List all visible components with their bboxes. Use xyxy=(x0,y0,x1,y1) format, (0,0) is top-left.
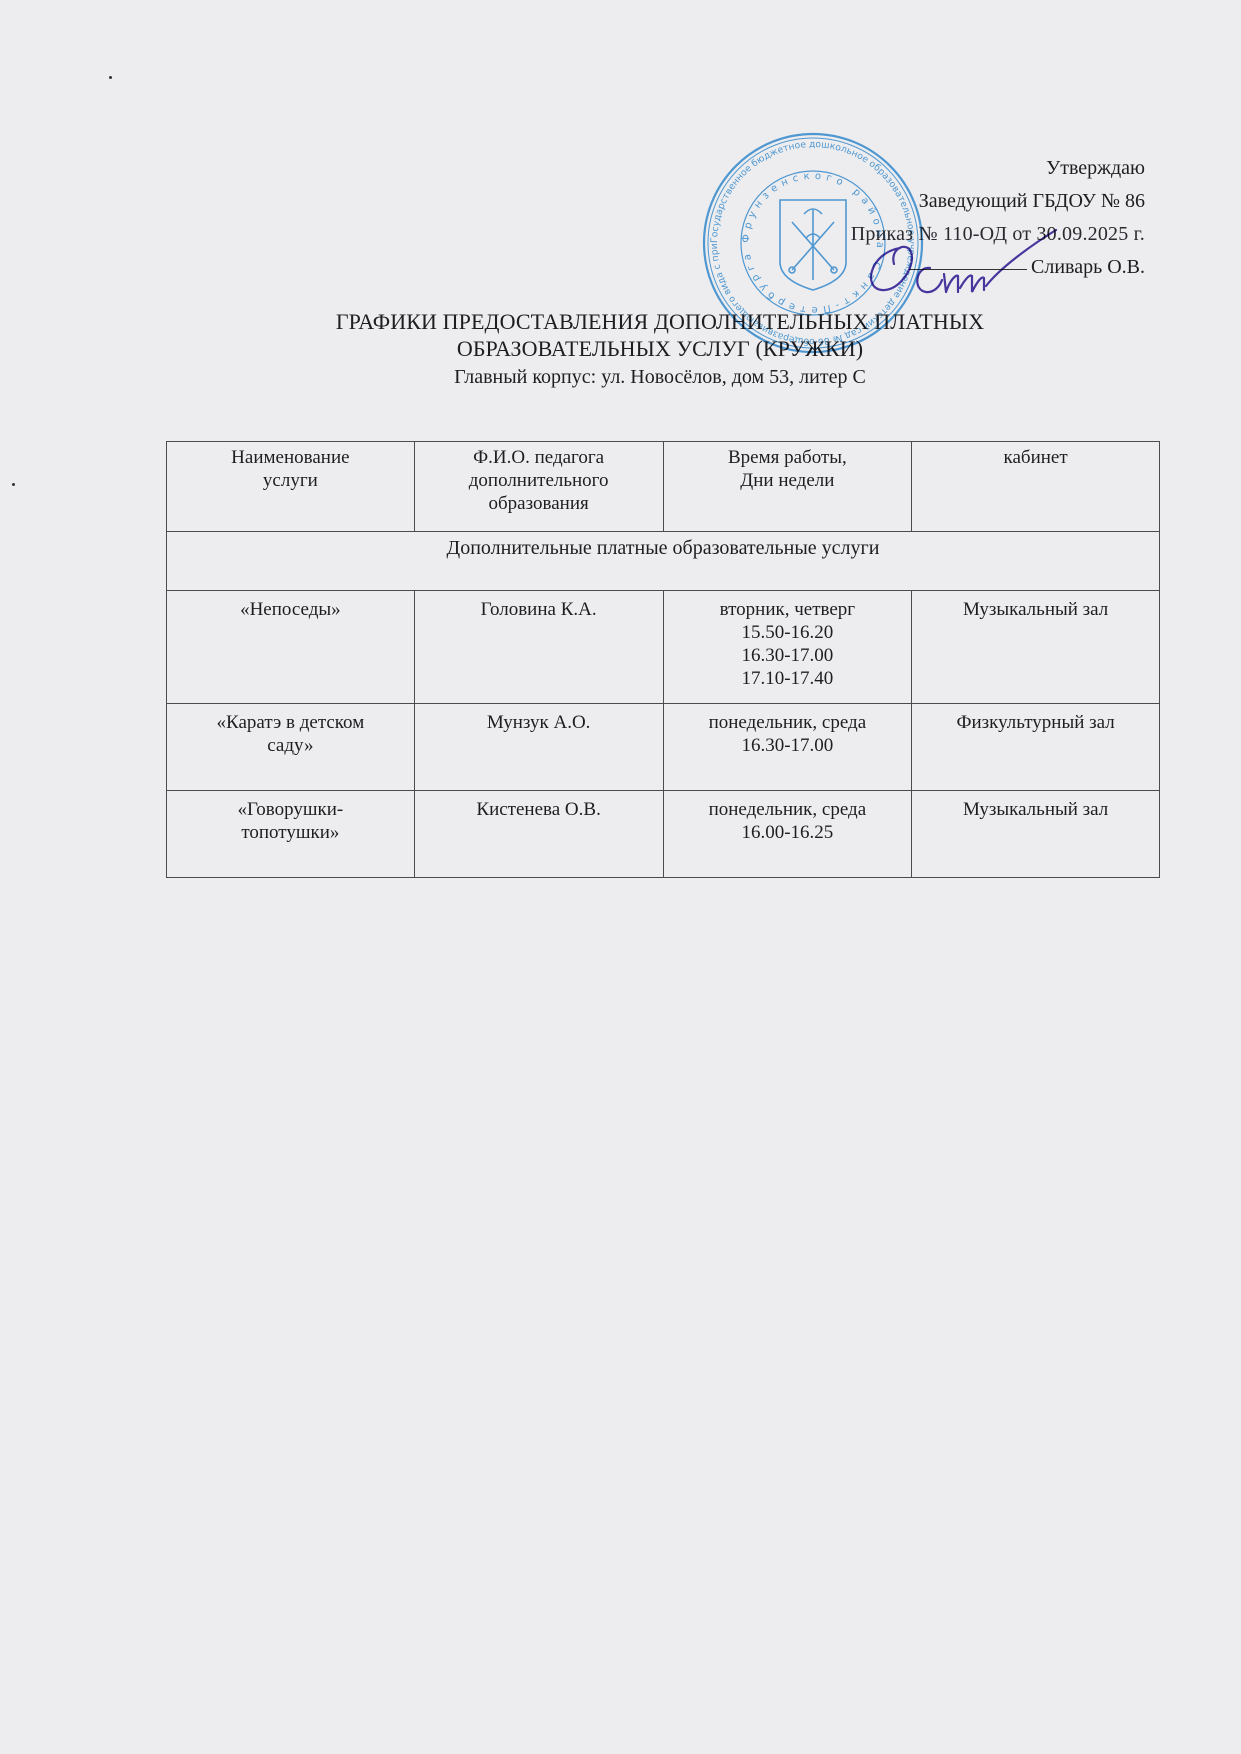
room-name: Музыкальный зал xyxy=(912,591,1160,704)
scan-speck xyxy=(109,76,112,79)
table-row: «Говорушки- топотушки» Кистенева О.В. по… xyxy=(167,791,1160,878)
section-title: Дополнительные платные образовательные у… xyxy=(167,532,1160,591)
service-name: «Говорушки- топотушки» xyxy=(167,791,415,878)
table-header-row: Наименование услуги Ф.И.О. педагога допо… xyxy=(167,442,1160,532)
schedule-cell: понедельник, среда 16.30-17.00 xyxy=(663,704,912,791)
room-name: Музыкальный зал xyxy=(912,791,1160,878)
signature-row: Сливарь О.В. xyxy=(909,251,1145,284)
room-name: Физкультурный зал xyxy=(912,704,1160,791)
approval-position: Заведующий ГБДОУ № 86 xyxy=(851,185,1145,218)
teacher-name: Головина К.А. xyxy=(414,591,663,704)
signatory-name: Сливарь О.В. xyxy=(1031,251,1145,284)
table-row: «Непоседы» Головина К.А. вторник, четвер… xyxy=(167,591,1160,704)
schedule-table: Наименование услуги Ф.И.О. педагога допо… xyxy=(166,441,1160,878)
teacher-name: Кистенева О.В. xyxy=(414,791,663,878)
scan-speck xyxy=(12,483,15,486)
header-teacher: Ф.И.О. педагога дополнительного образова… xyxy=(414,442,663,532)
teacher-name: Мунзук А.О. xyxy=(414,704,663,791)
signature-line xyxy=(909,268,1027,270)
service-name: «Каратэ в детском саду» xyxy=(167,704,415,791)
header-service-name: Наименование услуги xyxy=(167,442,415,532)
document-title: ГРАФИКИ ПРЕДОСТАВЛЕНИЯ ДОПОЛНИТЕЛЬНЫХ ПЛ… xyxy=(0,308,1241,391)
header-schedule: Время работы, Дни недели xyxy=(663,442,912,532)
schedule-cell: вторник, четверг 15.50-16.20 16.30-17.00… xyxy=(663,591,912,704)
address-line: Главный корпус: ул. Новосёлов, дом 53, л… xyxy=(0,363,1241,391)
service-name: «Непоседы» xyxy=(167,591,415,704)
table-row: «Каратэ в детском саду» Мунзук А.О. поне… xyxy=(167,704,1160,791)
title-line-1: ГРАФИКИ ПРЕДОСТАВЛЕНИЯ ДОПОЛНИТЕЛЬНЫХ ПЛ… xyxy=(0,308,1241,335)
approval-block: Утверждаю Заведующий ГБДОУ № 86 Приказ №… xyxy=(851,152,1145,284)
header-room: кабинет xyxy=(912,442,1160,532)
section-row: Дополнительные платные образовательные у… xyxy=(167,532,1160,591)
approval-order: Приказ № 110-ОД от 30.09.2025 г. xyxy=(851,218,1145,251)
approval-word: Утверждаю xyxy=(851,152,1145,185)
schedule-cell: понедельник, среда 16.00-16.25 xyxy=(663,791,912,878)
title-line-2: ОБРАЗОВАТЕЛЬНЫХ УСЛУГ (КРУЖКИ) xyxy=(0,335,1241,362)
document-page: Утверждаю Заведующий ГБДОУ № 86 Приказ №… xyxy=(0,0,1241,1754)
